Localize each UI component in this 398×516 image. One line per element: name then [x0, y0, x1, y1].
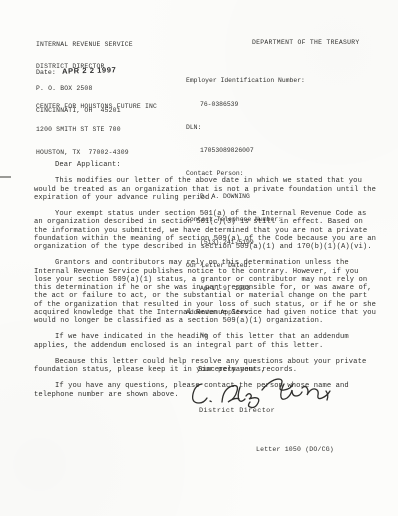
date-stamp: APR 2 2 1997	[62, 65, 117, 75]
date-label: Date:	[36, 69, 56, 76]
closing: Sincerely yours,	[198, 366, 265, 374]
paragraph: This modifies our letter of the above da…	[34, 177, 378, 202]
scanned-letter-page: INTERNAL REVENUE SERVICE DISTRICT DIRECT…	[0, 0, 398, 516]
paragraph: Grantors and contributors may rely on th…	[34, 259, 378, 325]
scan-artifact	[0, 176, 11, 178]
recipient-line: CENTER FOR HOUSTONS FUTURE INC	[36, 103, 157, 111]
recipient-line: 1200 SMITH ST STE 700	[36, 126, 157, 134]
dln-label: DLN:	[186, 124, 305, 132]
letter-footer: Letter 1050 (DO/CG)	[256, 446, 334, 453]
ein-value: 76-0386539	[186, 101, 305, 109]
dln-value: 17053089826007	[186, 147, 305, 155]
signer-title: District Director	[199, 407, 275, 415]
signature	[188, 374, 333, 410]
recipient-line: HOUSTON, TX 77002-4309	[36, 149, 157, 157]
department-header: DEPARTMENT OF THE TREASURY	[252, 39, 360, 46]
sender-line: INTERNAL REVENUE SERVICE	[36, 41, 133, 48]
paragraph: If we have indicated in the heading of t…	[34, 333, 378, 350]
salutation: Dear Applicant:	[34, 161, 378, 169]
paragraph: Your exempt status under section 501(a) …	[34, 210, 378, 251]
recipient-address: CENTER FOR HOUSTONS FUTURE INC 1200 SMIT…	[36, 88, 157, 172]
ein-label: Employer Identification Number:	[186, 77, 305, 85]
